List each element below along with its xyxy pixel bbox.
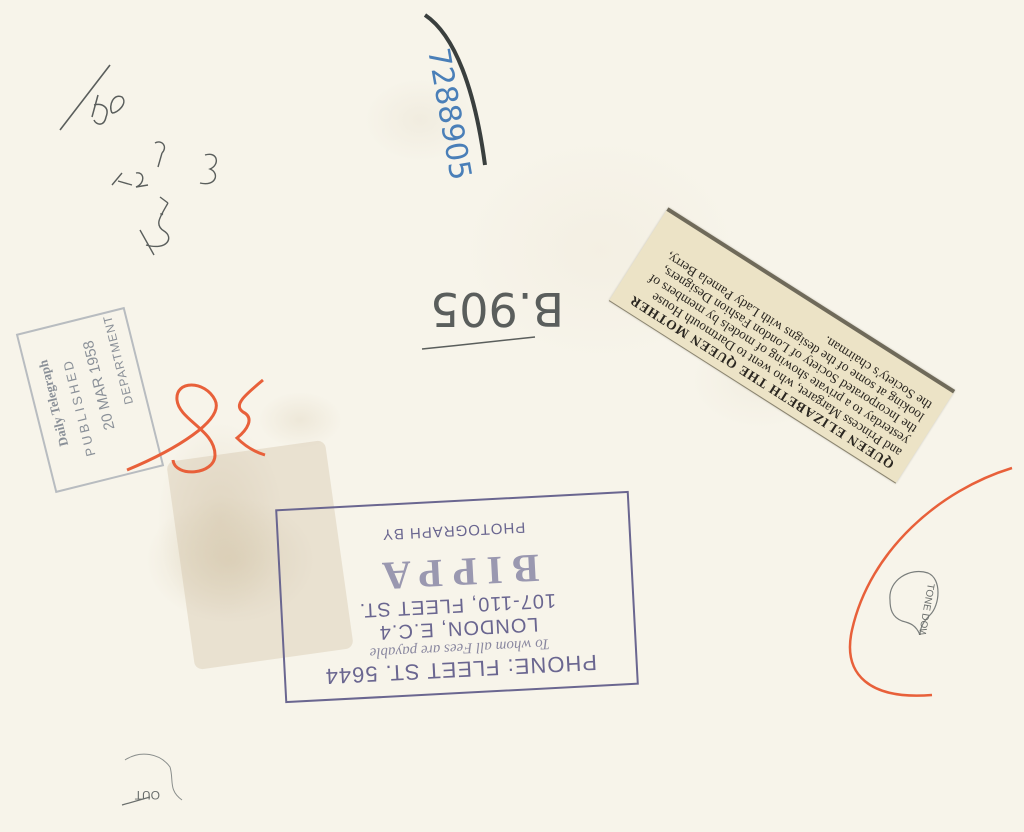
svg-text:": " (160, 212, 164, 223)
red-crayon-number (115, 360, 285, 480)
svg-text:7288905: 7288905 (420, 45, 478, 183)
tone-down-note-bubble: TONE DOWN (880, 565, 950, 635)
reference-number: B.905 (430, 282, 564, 336)
svg-text:OUT: OUT (134, 788, 160, 802)
out-note: OUT (110, 745, 210, 820)
svg-text:TONE DOWN: TONE DOWN (914, 582, 936, 635)
bippa-photographer-stamp: PHONE: FLEET ST. 5644 To whom all Fees a… (275, 491, 639, 703)
stamp-photograph-by: PHOTOGRAPH BY (278, 513, 628, 548)
pencil-underline (420, 335, 540, 355)
blue-ink-number: 7288905 (410, 10, 510, 200)
pencil-notes-top-left: " (50, 55, 270, 275)
